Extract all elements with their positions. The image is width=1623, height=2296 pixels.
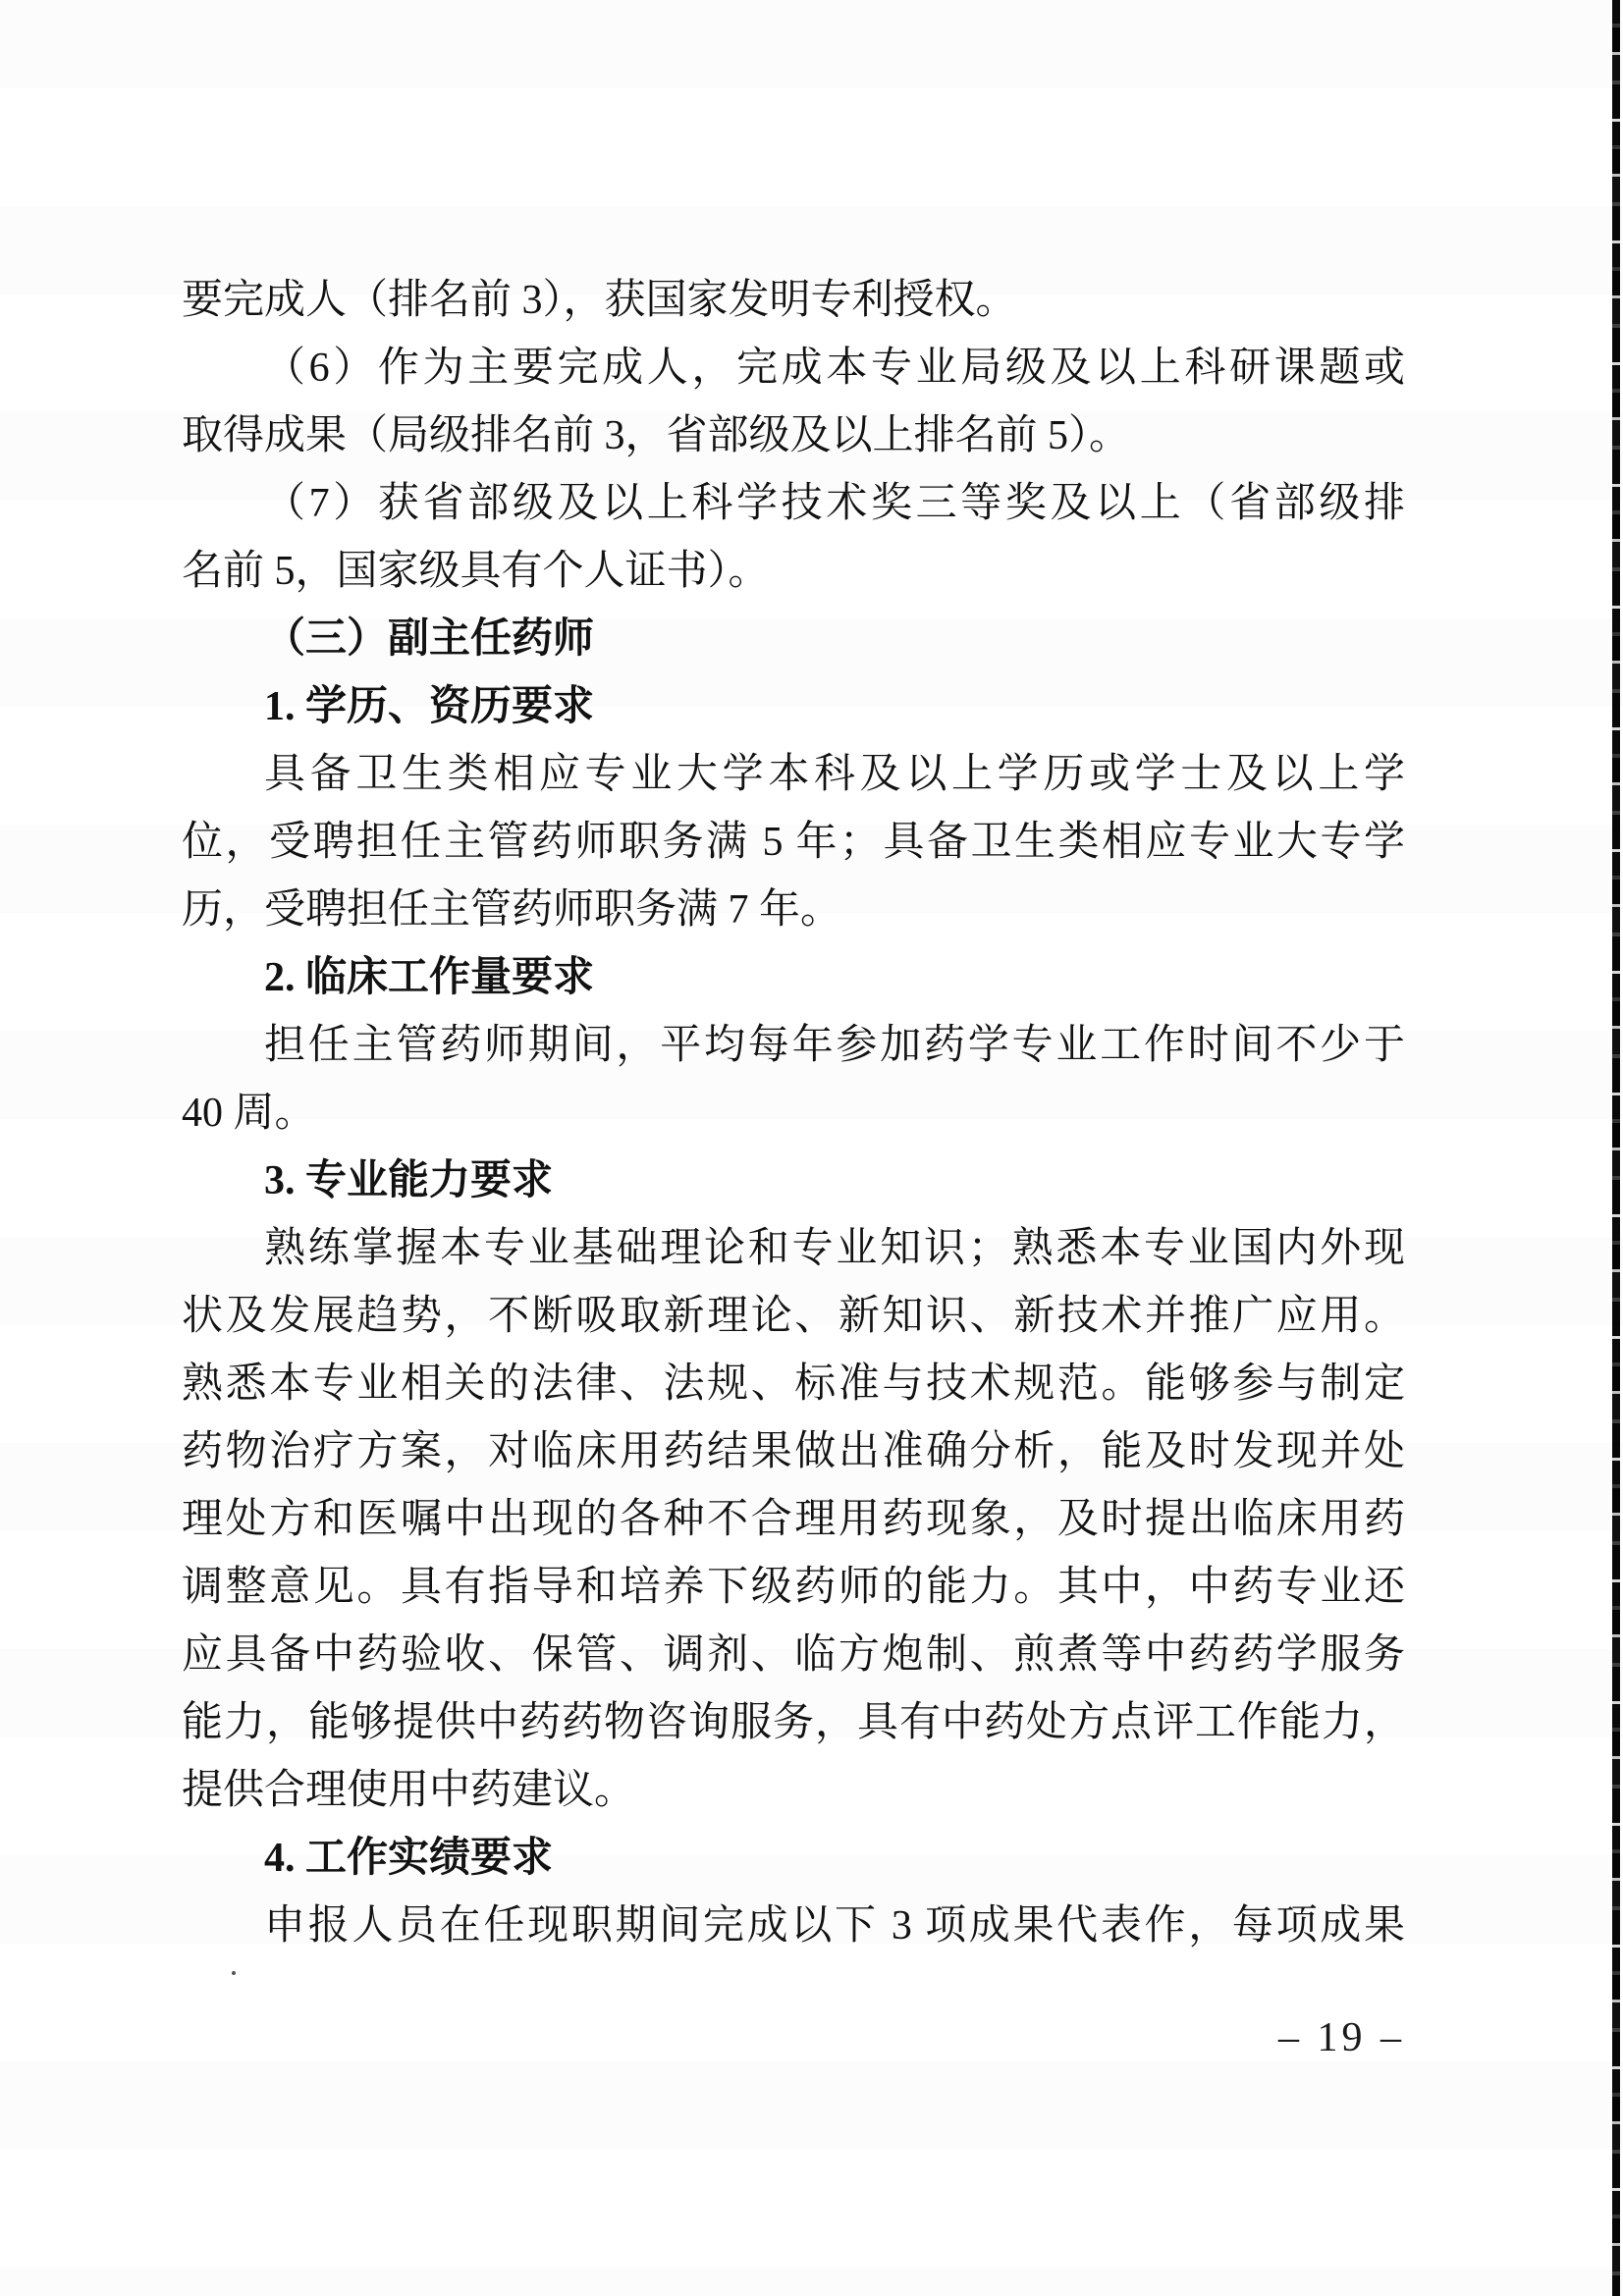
- heading-line: 4. 工作实绩要求: [182, 1825, 1405, 1893]
- heading-line: 2. 临床工作量要求: [182, 944, 1405, 1012]
- document-body: 要完成人（排名前 3），获国家发明专利授权。（6）作为主要完成人，完成本专业局级…: [182, 267, 1405, 1960]
- text-line: 位，受聘担任主管药师职务满 5 年；具备卫生类相应专业大专学: [182, 809, 1405, 877]
- text-line: 调整意见。具有指导和培养下级药师的能力。其中，中药专业还: [182, 1554, 1405, 1622]
- text-line: 能力，能够提供中药药物咨询服务，具有中药处方点评工作能力，: [182, 1689, 1405, 1757]
- text-line: 取得成果（局级排名前 3，省部级及以上排名前 5）。: [182, 402, 1405, 470]
- document-page: 要完成人（排名前 3），获国家发明专利授权。（6）作为主要完成人，完成本专业局级…: [0, 0, 1623, 2296]
- text-line: 应具备中药验收、保管、调剂、临方炮制、煎煮等中药药学服务: [182, 1622, 1405, 1689]
- text-line: 提供合理使用中药建议。: [182, 1757, 1405, 1825]
- text-line: （7）获省部级及以上科学技术奖三等奖及以上（省部级排: [182, 470, 1405, 538]
- text-line: 具备卫生类相应专业大学本科及以上学历或学士及以上学: [182, 741, 1405, 809]
- text-line: 要完成人（排名前 3），获国家发明专利授权。: [182, 267, 1405, 335]
- heading-line: 1. 学历、资历要求: [182, 673, 1405, 741]
- text-line: 名前 5，国家级具有个人证书）。: [182, 538, 1405, 606]
- scan-speck-artifact: [232, 1971, 236, 1975]
- text-line: 历，受聘担任主管药师职务满 7 年。: [182, 877, 1405, 944]
- text-line: 担任主管药师期间，平均每年参加药学专业工作时间不少于: [182, 1012, 1405, 1080]
- text-line: 理处方和医嘱中出现的各种不合理用药现象，及时提出临床用药: [182, 1486, 1405, 1554]
- scan-edge-artifact: [1612, 0, 1620, 2296]
- text-line: 熟练掌握本专业基础理论和专业知识；熟悉本专业国内外现: [182, 1215, 1405, 1283]
- text-line: 申报人员在任现职期间完成以下 3 项成果代表作，每项成果: [182, 1893, 1405, 1960]
- text-line: （6）作为主要完成人，完成本专业局级及以上科研课题或: [182, 335, 1405, 402]
- heading-line: （三）副主任药师: [182, 606, 1405, 673]
- text-line: 药物治疗方案，对临床用药结果做出准确分析，能及时发现并处: [182, 1418, 1405, 1486]
- text-line: 熟悉本专业相关的法律、法规、标准与技术规范。能够参与制定: [182, 1351, 1405, 1418]
- text-line: 40 周。: [182, 1080, 1405, 1148]
- page-number: – 19 –: [1278, 2008, 1405, 2067]
- heading-line: 3. 专业能力要求: [182, 1148, 1405, 1215]
- text-line: 状及发展趋势，不断吸取新理论、新知识、新技术并推广应用。: [182, 1283, 1405, 1351]
